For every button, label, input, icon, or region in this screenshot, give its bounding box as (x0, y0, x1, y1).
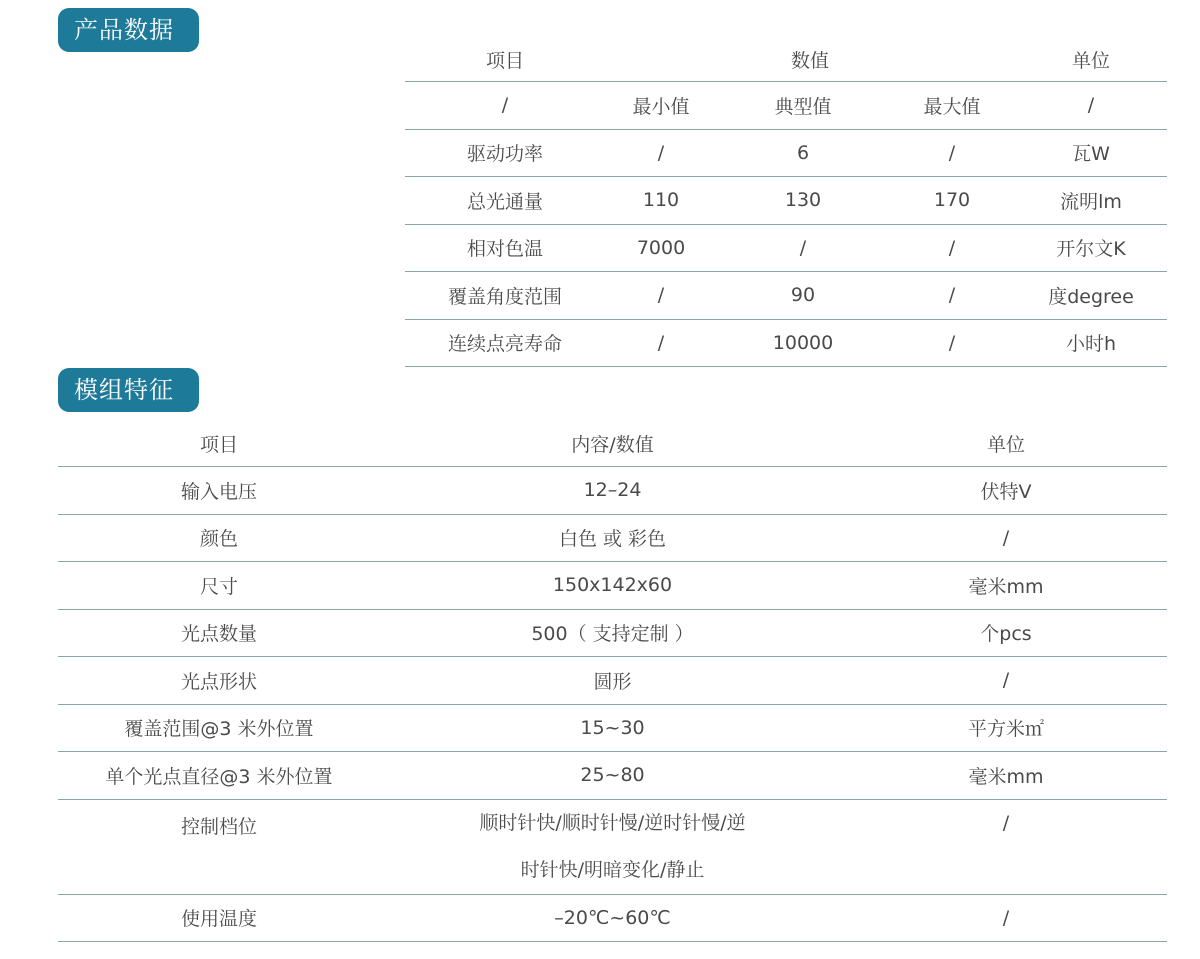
table-row: 覆盖范围@3 米外位置 15~30 平方米㎡ (58, 705, 1167, 753)
cell-typ: / (717, 237, 889, 259)
cell-value-line1: 顺时针快/顺时针慢/逆时针慢/逆 (380, 800, 845, 847)
cell-item: 颜色 (58, 524, 380, 551)
cell-value: 顺时针快/顺时针慢/逆时针慢/逆 时针快/明暗变化/静止 (380, 800, 845, 894)
table-row: 总光通量 110 130 170 流明lm (405, 177, 1167, 225)
cell-value: 150x142x60 (380, 574, 845, 596)
cell-min: / (605, 332, 717, 354)
cell-value-line2: 时针快/明暗变化/静止 (380, 847, 845, 894)
table-row: 驱动功率 / 6 / 瓦W (405, 130, 1167, 178)
cell-typ: 10000 (717, 332, 889, 354)
cell-max: 170 (889, 189, 1015, 211)
header-value: 数值 (605, 46, 1015, 73)
cell-typ: 90 (717, 284, 889, 306)
table-row: 尺寸 150x142x60 毫米mm (58, 562, 1167, 610)
table-header-row: 项目 内容/数值 单位 (58, 420, 1167, 467)
subheader-typ: 典型值 (717, 92, 889, 119)
cell-unit: 毫米mm (845, 762, 1167, 789)
cell-unit: 小时h (1015, 329, 1167, 356)
cell-item: 尺寸 (58, 572, 380, 599)
cell-item: 覆盖角度范围 (405, 282, 605, 309)
cell-item: 控制档位 (58, 800, 380, 839)
cell-unit: 平方米㎡ (845, 714, 1167, 741)
table-row: 控制档位 顺时针快/顺时针慢/逆时针慢/逆 时针快/明暗变化/静止 / (58, 800, 1167, 895)
table-subheader-row: / 最小值 典型值 最大值 / (405, 82, 1167, 130)
subheader-min: 最小值 (605, 92, 717, 119)
section-title-module-features: 模组特征 (58, 368, 199, 412)
section-title-product-data: 产品数据 (58, 8, 199, 52)
header-item: 项目 (405, 46, 605, 73)
table-row: 光点形状 圆形 / (58, 657, 1167, 705)
cell-max: / (889, 332, 1015, 354)
cell-item: 光点形状 (58, 667, 380, 694)
module-features-table: 项目 内容/数值 单位 输入电压 12–24 伏特V 颜色 白色 或 彩色 / … (58, 420, 1167, 942)
cell-unit: 流明lm (1015, 187, 1167, 214)
cell-item: 总光通量 (405, 187, 605, 214)
cell-unit: 个pcs (845, 619, 1167, 646)
cell-value: 500（ 支持定制 ） (380, 619, 845, 646)
cell-unit: 毫米mm (845, 572, 1167, 599)
cell-value: 白色 或 彩色 (380, 524, 845, 551)
table-row: 输入电压 12–24 伏特V (58, 467, 1167, 515)
header-value: 内容/数值 (380, 430, 845, 457)
table-row: 连续点亮寿命 / 10000 / 小时h (405, 320, 1167, 368)
cell-item: 使用温度 (58, 904, 380, 931)
cell-min: / (605, 142, 717, 164)
cell-unit: / (845, 800, 1167, 834)
cell-item: 单个光点直径@3 米外位置 (58, 762, 380, 789)
cell-min: 7000 (605, 237, 717, 259)
cell-max: / (889, 237, 1015, 259)
subheader-item: / (405, 94, 605, 116)
cell-unit: 开尔文K (1015, 234, 1167, 261)
header-item: 项目 (58, 430, 380, 457)
cell-unit: / (845, 907, 1167, 929)
header-unit: 单位 (1015, 46, 1167, 73)
subheader-max: 最大值 (889, 92, 1015, 119)
cell-value: 圆形 (380, 667, 845, 694)
cell-max: / (889, 284, 1015, 306)
cell-value: 12–24 (380, 479, 845, 501)
header-unit: 单位 (845, 430, 1167, 457)
cell-min: 110 (605, 189, 717, 211)
cell-unit: 伏特V (845, 477, 1167, 504)
cell-unit: / (845, 527, 1167, 549)
cell-unit: 度degree (1015, 282, 1167, 309)
cell-item: 相对色温 (405, 234, 605, 261)
cell-typ: 6 (717, 142, 889, 164)
cell-unit: 瓦W (1015, 139, 1167, 166)
cell-unit: / (845, 669, 1167, 691)
cell-min: / (605, 284, 717, 306)
cell-value: –20℃~60℃ (380, 907, 845, 929)
cell-item: 驱动功率 (405, 139, 605, 166)
table-row: 光点数量 500（ 支持定制 ） 个pcs (58, 610, 1167, 658)
cell-item: 光点数量 (58, 619, 380, 646)
table-row: 使用温度 –20℃~60℃ / (58, 895, 1167, 943)
cell-item: 连续点亮寿命 (405, 329, 605, 356)
table-row: 颜色 白色 或 彩色 / (58, 515, 1167, 563)
subheader-unit: / (1015, 94, 1167, 116)
cell-item: 输入电压 (58, 477, 380, 504)
table-header-row: 项目 数值 单位 (405, 38, 1167, 82)
table-row: 覆盖角度范围 / 90 / 度degree (405, 272, 1167, 320)
cell-typ: 130 (717, 189, 889, 211)
table-row: 单个光点直径@3 米外位置 25~80 毫米mm (58, 752, 1167, 800)
table-row: 相对色温 7000 / / 开尔文K (405, 225, 1167, 273)
cell-item: 覆盖范围@3 米外位置 (58, 714, 380, 741)
cell-value: 15~30 (380, 717, 845, 739)
product-data-table: 项目 数值 单位 / 最小值 典型值 最大值 / 驱动功率 / 6 / 瓦W 总… (405, 38, 1167, 367)
cell-value: 25~80 (380, 764, 845, 786)
cell-max: / (889, 142, 1015, 164)
